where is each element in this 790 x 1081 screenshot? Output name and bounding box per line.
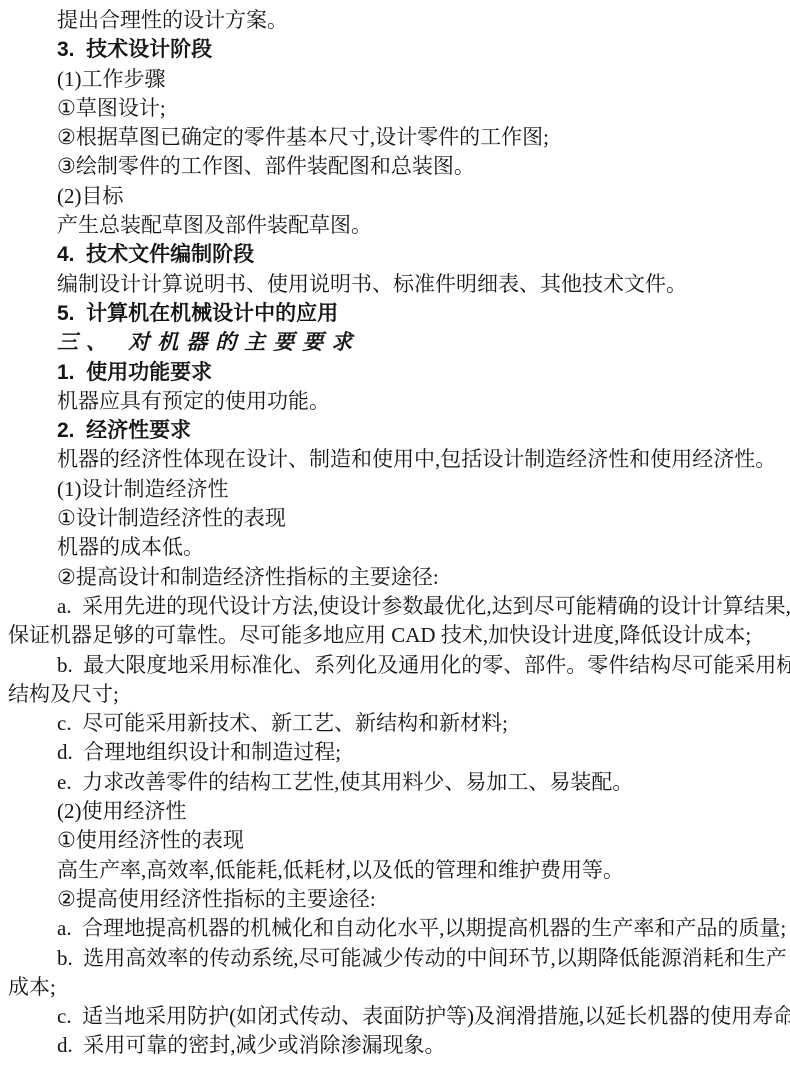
body-text-line: ①设计制造经济性的表现	[8, 504, 784, 533]
body-text-line: e. 力求改善零件的结构工艺性,使其用料少、易加工、易装配。	[8, 768, 784, 797]
body-text-line: 提出合理性的设计方案。	[8, 6, 784, 35]
body-text-line: ①使用经济性的表现	[8, 826, 784, 855]
document-page: 提出合理性的设计方案。3. 技术设计阶段(1)工作步骤①草图设计;②根据草图已确…	[0, 0, 790, 1081]
body-text-line: b. 选用高效率的传动系统,尽可能减少传动的中间环节,以期降低能源消耗和生产	[8, 944, 784, 973]
body-text-line: 编制设计计算说明书、使用说明书、标准件明细表、其他技术文件。	[8, 270, 784, 299]
heading-line: 3. 技术设计阶段	[8, 35, 784, 64]
body-text-line: 高生产率,高效率,低能耗,低耗材,以及低的管理和维护费用等。	[8, 856, 784, 885]
body-text-line: (2)目标	[8, 182, 784, 211]
section-heading-line: 三、 对机器的主要要求	[8, 328, 784, 357]
body-text-line: ①草图设计;	[8, 94, 784, 123]
body-text-line: 机器应具有预定的使用功能。	[8, 387, 784, 416]
body-text-line: (1)设计制造经济性	[8, 475, 784, 504]
body-text-line: 结构及尺寸;	[8, 680, 784, 709]
body-text-line: 机器的成本低。	[8, 533, 784, 562]
body-text-line: d. 采用可靠的密封,减少或消除渗漏现象。	[8, 1031, 784, 1060]
body-text-line: a. 采用先进的现代设计方法,使设计参数最优化,达到尽可能精确的设计计算结果,	[8, 592, 784, 621]
body-text-line: 产生总装配草图及部件装配草图。	[8, 211, 784, 240]
heading-line: 5. 计算机在机械设计中的应用	[8, 299, 784, 328]
heading-line: 4. 技术文件编制阶段	[8, 240, 784, 269]
body-text-line: ③绘制零件的工作图、部件装配图和总装图。	[8, 152, 784, 181]
body-text-line: ②提高使用经济性指标的主要途径:	[8, 885, 784, 914]
body-text-line: ②根据草图已确定的零件基本尺寸,设计零件的工作图;	[8, 123, 784, 152]
body-text-line: c. 适当地采用防护(如闭式传动、表面防护等)及润滑措施,以延长机器的使用寿命;	[8, 1002, 784, 1031]
body-text-line: (1)工作步骤	[8, 65, 784, 94]
heading-line: 2. 经济性要求	[8, 416, 784, 445]
body-text-line: 成本;	[8, 973, 784, 1002]
body-text-line: b. 最大限度地采用标准化、系列化及通用化的零、部件。零件结构尽可能采用标准化	[8, 651, 784, 680]
body-text-line: 机器的经济性体现在设计、制造和使用中,包括设计制造经济性和使用经济性。	[8, 445, 784, 474]
body-text-line: d. 合理地组织设计和制造过程;	[8, 738, 784, 767]
body-text-line: ②提高设计和制造经济性指标的主要途径:	[8, 563, 784, 592]
body-text-line: a. 合理地提高机器的机械化和自动化水平,以期提高机器的生产率和产品的质量;	[8, 914, 784, 943]
body-text-line: c. 尽可能采用新技术、新工艺、新结构和新材料;	[8, 709, 784, 738]
heading-line: 1. 使用功能要求	[8, 358, 784, 387]
body-text-line: 保证机器足够的可靠性。尽可能多地应用 CAD 技术,加快设计进度,降低设计成本;	[8, 621, 784, 650]
body-text-line: (2)使用经济性	[8, 797, 784, 826]
